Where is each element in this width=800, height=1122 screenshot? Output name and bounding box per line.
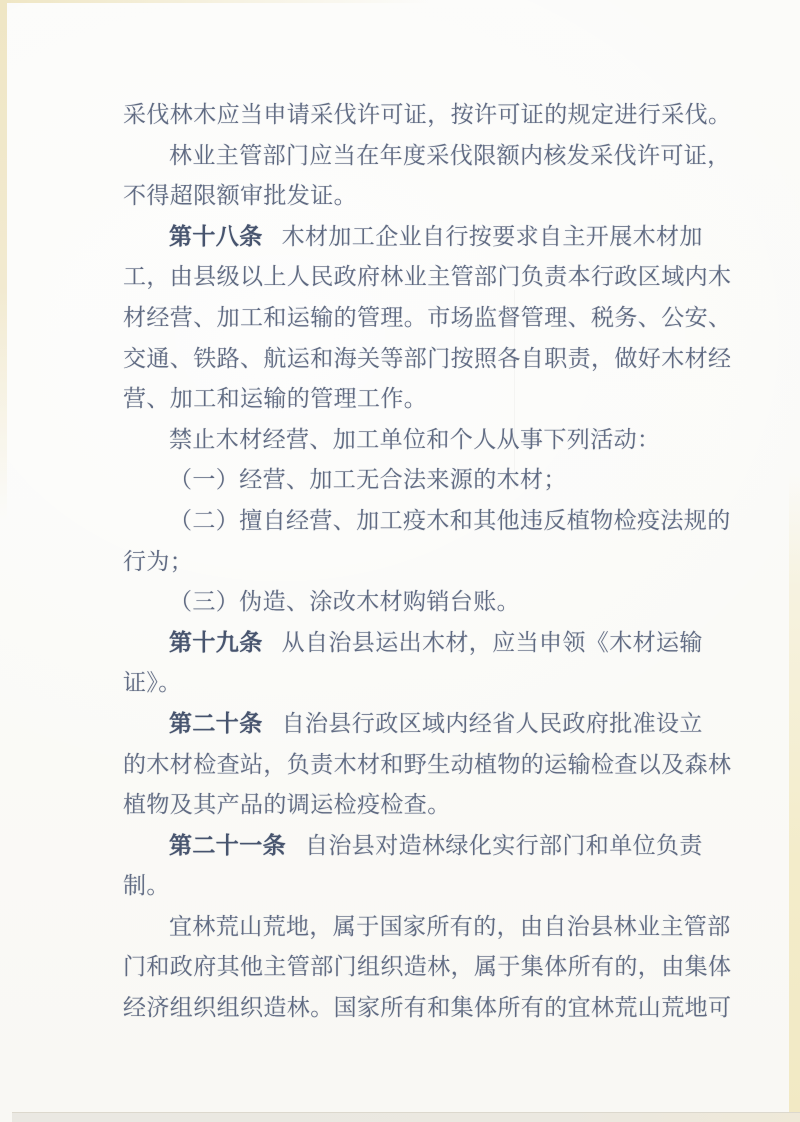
line-text: 采伐林木应当申请采伐许可证，按许可证的规定进行采伐。 [123, 102, 731, 128]
line-text: 经济组织组织造林。国家所有和集体所有的宜林荒山荒地可 [123, 995, 731, 1021]
text-line: 行为； [123, 542, 703, 583]
line-text: 自治县行政区域内经省人民政府批准设立 [282, 711, 703, 737]
document-text-block: 采伐林木应当申请采伐许可证，按许可证的规定进行采伐。林业主管部门应当在年度采伐限… [123, 95, 703, 1029]
text-line: 第二十一条自治县对造林绿化实行部门和单位负责 [123, 826, 703, 867]
text-line: 的木材检查站，负责木材和野生动植物的运输检查以及森林 [123, 745, 703, 786]
line-text: 宜林荒山荒地，属于国家所有的，由自治县林业主管部 [169, 914, 731, 940]
line-text: 行为； [123, 549, 193, 575]
line-text: 证》。 [123, 670, 182, 696]
text-line: 第二十条自治县行政区域内经省人民政府批准设立 [123, 704, 703, 745]
line-text: （一）经营、加工无合法来源的木材； [169, 467, 567, 493]
article-number: 第十九条 [169, 629, 263, 656]
line-text: 不得超限额审批发证。 [123, 183, 357, 209]
line-text: （二）擅自经营、加工疫木和其他违反植物检疫法规的 [169, 508, 731, 534]
scan-edge-left [0, 0, 7, 520]
article-number: 第十八条 [169, 223, 263, 250]
text-line: 采伐林木应当申请采伐许可证，按许可证的规定进行采伐。 [123, 95, 703, 136]
line-text: 植物及其产品的调运检疫检查。 [123, 792, 451, 818]
line-text: 制。 [123, 873, 170, 899]
line-text: 的木材检查站，负责木材和野生动植物的运输检查以及森林 [123, 752, 731, 778]
line-text: 门和政府其他主管部门组织造林，属于集体所有的，由集体 [123, 954, 731, 980]
line-text: 木材加工企业自行按要求自主开展木材加 [282, 224, 703, 250]
text-line: 经济组织组织造林。国家所有和集体所有的宜林荒山荒地可 [123, 988, 703, 1029]
text-line: 门和政府其他主管部门组织造林，属于集体所有的，由集体 [123, 947, 703, 988]
line-text: 林业主管部门应当在年度采伐限额内核发采伐许可证， [169, 143, 731, 169]
text-line: 植物及其产品的调运检疫检查。 [123, 785, 703, 826]
line-text: 禁止木材经营、加工单位和个人从事下列活动： [169, 427, 660, 453]
text-line: （二）擅自经营、加工疫木和其他违反植物检疫法规的 [123, 501, 703, 542]
text-line: （三）伪造、涂改木材购销台账。 [123, 582, 703, 623]
text-line: 交通、铁路、航运和海关等部门按照各自职责，做好木材经 [123, 339, 703, 380]
text-line: 第十八条木材加工企业自行按要求自主开展木材加 [123, 217, 703, 258]
line-text: （三）伪造、涂改木材购销台账。 [169, 589, 520, 615]
article-number: 第二十条 [169, 710, 263, 737]
line-text: 工，由县级以上人民政府林业主管部门负责本行政区域内木 [123, 264, 731, 290]
text-line: 林业主管部门应当在年度采伐限额内核发采伐许可证， [123, 136, 703, 177]
text-line: 证》。 [123, 663, 703, 704]
text-line: 不得超限额审批发证。 [123, 176, 703, 217]
article-number: 第二十一条 [169, 832, 286, 859]
text-line: （一）经营、加工无合法来源的木材； [123, 460, 703, 501]
text-line: 宜林荒山荒地，属于国家所有的，由自治县林业主管部 [123, 907, 703, 948]
text-line: 制。 [123, 866, 703, 907]
scan-edge-bottom [12, 1112, 800, 1122]
scan-edge-top [0, 0, 430, 3]
line-text: 交通、铁路、航运和海关等部门按照各自职责，做好木材经 [123, 346, 731, 372]
text-line: 第十九条从自治县运出木材，应当申领《木材运输 [123, 623, 703, 664]
text-line: 工，由县级以上人民政府林业主管部门负责本行政区域内木 [123, 257, 703, 298]
text-line: 材经营、加工和运输的管理。市场监督管理、税务、公安、 [123, 298, 703, 339]
scanned-page: 采伐林木应当申请采伐许可证，按许可证的规定进行采伐。林业主管部门应当在年度采伐限… [0, 0, 800, 1122]
line-text: 自治县对造林绿化实行部门和单位负责 [305, 833, 703, 859]
text-line: 营、加工和运输的管理工作。 [123, 379, 703, 420]
line-text: 营、加工和运输的管理工作。 [123, 386, 427, 412]
text-line: 禁止木材经营、加工单位和个人从事下列活动： [123, 420, 703, 461]
scan-edge-right [789, 470, 800, 1122]
line-text: 从自治县运出木材，应当申领《木材运输 [282, 630, 703, 656]
line-text: 材经营、加工和运输的管理。市场监督管理、税务、公安、 [123, 305, 731, 331]
